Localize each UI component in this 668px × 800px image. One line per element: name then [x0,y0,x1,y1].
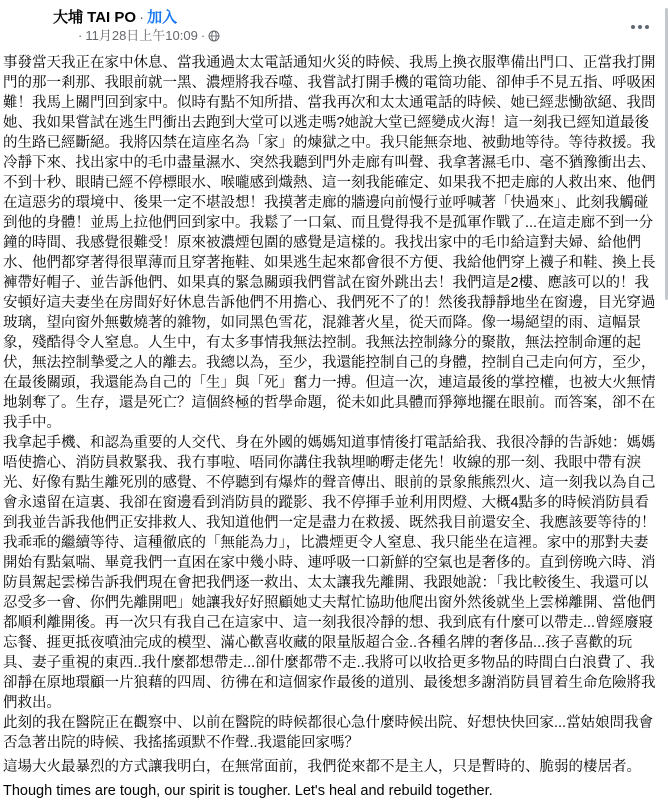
ellipsis-dot [645,25,649,29]
post-timestamp[interactable]: 11月28日上午10:09 [85,28,198,43]
ellipsis-dot [631,25,635,29]
post-paragraph: 事發當天我正在家中休息、當我通過太太電話通知火災的時候、我馬上換衣服準備出門口、… [3,53,659,433]
post-paragraph-english: Though times are tough, our spirit is to… [3,781,659,800]
post-meta-row: · 11月28日上午10:09 · [78,28,220,43]
post-body-text: 事發當天我正在家中休息、當我通過太太電話通知火災的時候、我馬上換衣服準備出門口、… [0,53,668,800]
name-join-separator: · [136,9,147,26]
post-paragraph: 這場大火最暴烈的方式讓我明白，在無常面前，我們從來都不是主人，只是暫時的、脆弱的… [3,757,659,777]
ellipsis-dot [638,25,642,29]
timestamp-prefix-dot: · [78,28,82,43]
join-button[interactable]: 加入 [147,9,177,26]
post-header: 大埔 TAI PO·加入 · 11月28日上午10:09 · [0,0,668,53]
post-paragraph: 此刻的我在醫院正在觀察中、以前在醫院的時候都很心急什麼時候出院、好想快快回家..… [3,713,659,753]
facebook-post: 大埔 TAI PO·加入 · 11月28日上午10:09 · 事發當天我正在家中… [0,0,668,800]
post-paragraph: 我拿起手機、和認為重要的人交代、身在外國的媽媽知道事情後打電話給我、我很冷靜的告… [3,433,659,713]
post-header-title: 大埔 TAI PO·加入 [53,9,177,26]
group-name-link[interactable]: 大埔 TAI PO [53,9,136,26]
privacy-separator-dot: · [201,28,205,43]
more-options-button[interactable] [628,20,652,34]
globe-icon [208,30,220,42]
